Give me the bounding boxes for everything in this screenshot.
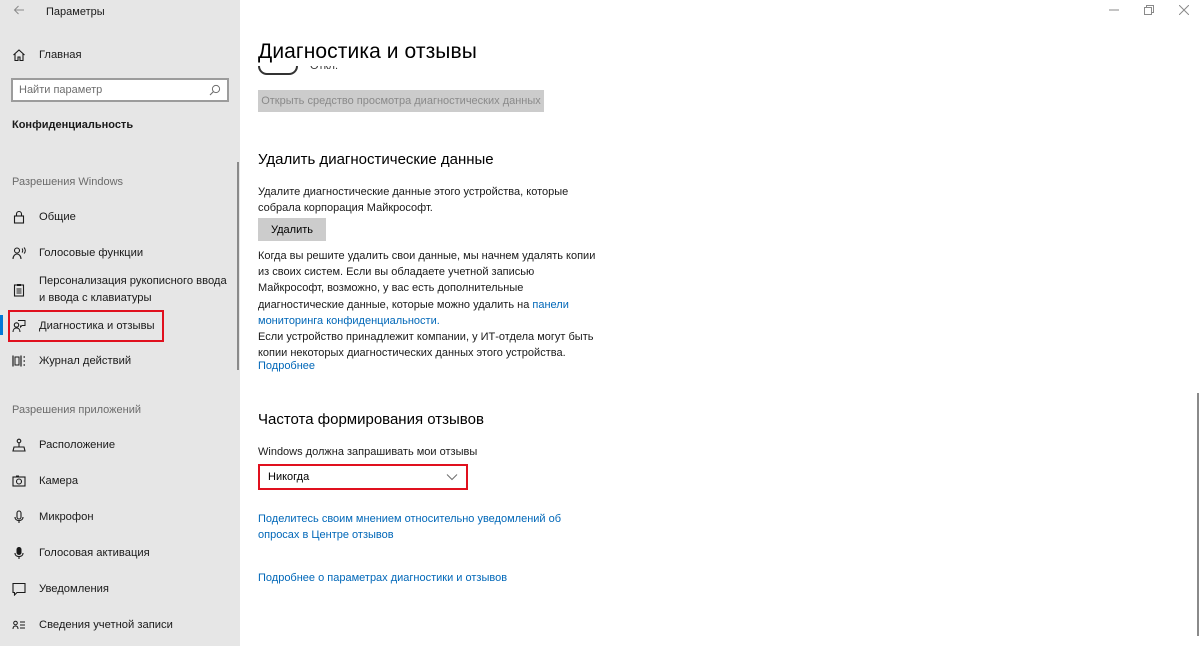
- chevron-down-icon: [446, 473, 458, 481]
- delete-info: Когда вы решите удалить свои данные, мы …: [258, 248, 603, 329]
- arrow-left-icon: [13, 4, 25, 16]
- nav-microphone[interactable]: Микрофон: [0, 499, 236, 535]
- nav-microphone-label: Микрофон: [39, 509, 94, 526]
- sidebar-scrollbar[interactable]: [237, 162, 239, 370]
- group-heading-windows: Разрешения Windows: [12, 176, 123, 188]
- clipboard-icon: [11, 282, 27, 298]
- nav-camera-label: Камера: [39, 473, 78, 490]
- nav-activity-history[interactable]: Журнал действий: [0, 343, 236, 379]
- search-icon[interactable]: [209, 84, 221, 96]
- main-scrollbar[interactable]: [1197, 393, 1199, 636]
- speech-icon: [11, 245, 27, 261]
- learn-more-link[interactable]: Подробнее: [258, 358, 315, 374]
- nav-notifications[interactable]: Уведомления: [0, 571, 236, 607]
- close-icon: [1179, 5, 1189, 15]
- nav-general-label: Общие: [39, 209, 76, 226]
- open-diagnostic-viewer-button[interactable]: Открыть средство просмотра диагностическ…: [258, 90, 544, 112]
- nav-account-info[interactable]: Сведения учетной записи: [0, 607, 236, 643]
- feedback-hub-link[interactable]: Поделитесь своим мнением относительно ув…: [258, 511, 603, 543]
- group-heading-apps: Разрешения приложений: [12, 404, 141, 416]
- nav-inking-typing[interactable]: Персонализация рукописного ввода и ввода…: [0, 272, 236, 308]
- account-info-icon: [11, 617, 27, 633]
- feedback-frequency-heading: Частота формирования отзывов: [258, 411, 484, 428]
- minimize-icon: [1109, 5, 1119, 15]
- nav-location-label: Расположение: [39, 437, 115, 454]
- nav-home[interactable]: Главная: [0, 37, 236, 73]
- nav-voice-activation[interactable]: Голосовая активация: [0, 535, 236, 571]
- back-button[interactable]: [10, 3, 28, 21]
- nav-account-info-label: Сведения учетной записи: [39, 617, 173, 634]
- nav-home-label: Главная: [39, 47, 82, 64]
- diagnostic-toggle-row: Откл.: [258, 66, 378, 78]
- nav-speech[interactable]: Голосовые функции: [0, 235, 236, 271]
- search-box[interactable]: [11, 78, 229, 102]
- nav-camera[interactable]: Камера: [0, 463, 236, 499]
- app-title: Параметры: [46, 6, 105, 18]
- category-heading: Конфиденциальность: [12, 119, 133, 131]
- feedback-frequency-value: Никогда: [268, 471, 446, 483]
- title-bar: Параметры: [0, 0, 240, 24]
- feedback-frequency-dropdown[interactable]: Никогда: [258, 464, 468, 490]
- feedback-frequency-label: Windows должна запрашивать мои отзывы: [258, 444, 603, 460]
- nav-speech-label: Голосовые функции: [39, 245, 143, 262]
- highlight-diagnostics-nav: [8, 310, 164, 342]
- camera-icon: [11, 473, 27, 489]
- timeline-icon: [11, 353, 27, 369]
- diagnostics-learn-more-link[interactable]: Подробнее о параметрах диагностики и отз…: [258, 570, 507, 586]
- notification-icon: [11, 581, 27, 597]
- main-content: Диагностика и отзывы Откл. Открыть средс…: [240, 0, 1200, 646]
- search-input[interactable]: [19, 84, 209, 96]
- restore-button[interactable]: [1137, 4, 1161, 20]
- delete-section-heading: Удалить диагностические данные: [258, 151, 494, 168]
- minimize-button[interactable]: [1102, 4, 1126, 20]
- delete-description: Удалите диагностические данные этого уст…: [258, 184, 603, 216]
- restore-icon: [1144, 5, 1154, 15]
- nav-voice-activation-label: Голосовая активация: [39, 545, 150, 562]
- location-icon: [11, 437, 27, 453]
- company-note: Если устройство принадлежит компании, у …: [258, 329, 603, 361]
- close-button[interactable]: [1172, 4, 1196, 20]
- toggle-state-label: Откл.: [310, 66, 338, 72]
- home-icon: [11, 47, 27, 63]
- page-title: Диагностика и отзывы: [258, 40, 477, 64]
- nav-general[interactable]: Общие: [0, 199, 236, 235]
- diagnostic-toggle[interactable]: [258, 66, 298, 75]
- sidebar: Параметры Главная Конфиденциальность Раз…: [0, 0, 240, 646]
- nav-notifications-label: Уведомления: [39, 581, 109, 598]
- voice-activation-icon: [11, 545, 27, 561]
- delete-button[interactable]: Удалить: [258, 218, 326, 241]
- nav-location[interactable]: Расположение: [0, 427, 236, 463]
- nav-activity-history-label: Журнал действий: [39, 353, 131, 370]
- nav-inking-typing-label: Персонализация рукописного ввода и ввода…: [39, 273, 229, 307]
- lock-icon: [11, 209, 27, 225]
- microphone-icon: [11, 509, 27, 525]
